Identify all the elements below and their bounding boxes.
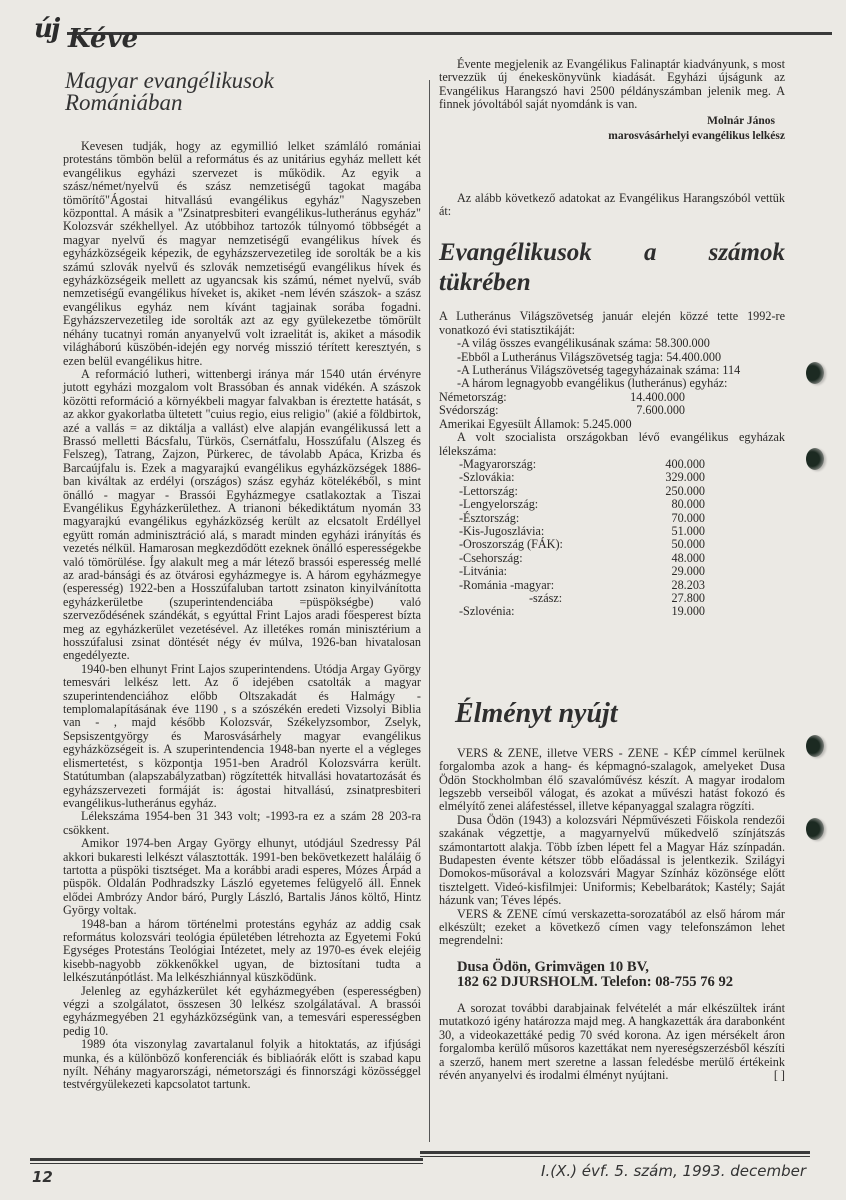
stat-label: -Litvánia:	[459, 565, 635, 578]
stat-item: -A Lutheránus Világszövetség tagegyházai…	[457, 364, 785, 377]
paragraph: 1940-ben elhunyt Frint Lajos szuperinten…	[63, 663, 421, 810]
stats-intro: A Lutheránus Világszövetség január elejé…	[439, 310, 785, 337]
footer-rule-left	[30, 1158, 423, 1164]
stat-item: -A három legnagyobb evangélikus (lutherá…	[457, 377, 785, 390]
stat-value: 28.203	[635, 579, 705, 592]
binder-hole-icon	[806, 448, 824, 470]
title-line-2: Romániában	[65, 92, 415, 114]
stats-block: A Lutheránus Világszövetség január elejé…	[439, 310, 785, 618]
title-line-1: Magyar evangélikusok	[65, 70, 415, 92]
socialist-country-list: -Magyarország:400.000 -Szlovákia:329.000…	[459, 458, 785, 619]
stat-label: -Magyarország:	[459, 458, 635, 471]
stat-row: -Oroszország (FÁK):50.000	[459, 538, 785, 551]
paragraph: Dusa Ödön (1943) a kolozsvári Népművésze…	[439, 814, 785, 908]
stat-label: -Észtország:	[459, 512, 635, 525]
address-line-1: Dusa Ödön, Grimvägen 10 BV,	[457, 960, 785, 975]
paragraph: 1948-ban a három történelmi protestáns e…	[63, 918, 421, 985]
stat-value: 19.000	[635, 605, 705, 618]
stat-value: 80.000	[635, 498, 705, 511]
stat-label: Németország:	[439, 391, 615, 404]
stat-item: -Ebből a Lutheránus Világszövetség tagja…	[457, 351, 785, 364]
page-number: 12	[32, 1168, 53, 1186]
stat-row: -Szlovénia:19.000	[459, 605, 785, 618]
issue-info: I.(X.) évf. 5. szám, 1993. december	[541, 1162, 806, 1180]
stat-label: -Kis-Jugoszlávia:	[459, 525, 635, 538]
masthead-prefix: új	[34, 14, 58, 44]
address-line-2: 182 62 DJURSHOLM. Telefon: 08-755 76 92	[457, 975, 785, 990]
stat-row: Svédország: 7.600.000	[439, 404, 785, 417]
paragraph: A reformáció lutheri, wittenbergi iránya…	[63, 368, 421, 663]
source-note: Az alább következő adatokat az Evangélik…	[439, 192, 785, 219]
experience-body: VERS & ZENE, illetve VERS - ZENE - KÉP c…	[439, 747, 785, 1083]
usa-line: Amerikai Egyesült Államok: 5.245.000	[439, 418, 785, 431]
stat-value: 329.000	[635, 471, 705, 484]
stat-row: -Litvánia:29.000	[459, 565, 785, 578]
stat-value: 250.000	[635, 485, 705, 498]
stat-label: -Lengyelország:	[459, 498, 635, 511]
stat-label: -Szlovákia:	[459, 471, 635, 484]
stat-value: 51.000	[635, 525, 705, 538]
stats-list: -A világ összes evangélikusának száma: 5…	[457, 337, 785, 391]
stat-item: -A világ összes evangélikusának száma: 5…	[457, 337, 785, 350]
left-article-body: Kevesen tudják, hogy az egymillió lelket…	[63, 140, 421, 1092]
paragraph: VERS & ZENE címú verskazetta-sorozatából…	[439, 908, 785, 948]
stat-label: -Csehország:	[459, 552, 635, 565]
stat-row: -Románia -magyar:28.203	[459, 579, 785, 592]
stat-value: 14.400.000	[615, 391, 685, 404]
paragraph: 1989 óta viszonylag zavartalanul folyik …	[63, 1038, 421, 1092]
stat-label: -Szlovénia:	[459, 605, 635, 618]
stat-label: -Oroszország (FÁK):	[459, 538, 635, 551]
footer-rule-right	[420, 1151, 810, 1157]
magazine-page: új Kéve Magyar evangélikusok Romániában …	[0, 0, 846, 1200]
stat-value: 70.000	[635, 512, 705, 525]
end-mark: [ ]	[756, 1069, 785, 1082]
order-address: Dusa Ödön, Grimvägen 10 BV, 182 62 DJURS…	[457, 960, 785, 990]
paragraph: Kevesen tudják, hogy az egymillió lelket…	[63, 140, 421, 368]
stat-row: -Magyarország:400.000	[459, 458, 785, 471]
intro-paragraph: Évente megjelenik az Evangélikus Falinap…	[439, 58, 785, 112]
stat-row: -Lettország:250.000	[459, 485, 785, 498]
stat-value: 50.000	[635, 538, 705, 551]
closing-paragraph: A sorozat további darabjainak felvételét…	[439, 1002, 785, 1082]
socialist-intro: A volt szocialista országokban lévő evan…	[439, 431, 785, 458]
stat-value: 7.600.000	[615, 404, 685, 417]
experience-section-title: Élményt nyújt	[439, 699, 785, 729]
stat-row: -Észtország:70.000	[459, 512, 785, 525]
stat-label: Svédország:	[439, 404, 615, 417]
stat-value: 27.800	[635, 592, 705, 605]
stat-label: -Románia -magyar:	[459, 579, 635, 592]
binder-hole-icon	[806, 818, 824, 840]
stat-value: 29.000	[635, 565, 705, 578]
stat-row: -Szlovákia:329.000	[459, 471, 785, 484]
signature-name: Molnár János	[439, 114, 785, 129]
stat-row: -Lengyelország:80.000	[459, 498, 785, 511]
signature: Molnár János marosvásárhelyi evangélikus…	[439, 114, 785, 144]
masthead-rule	[67, 32, 832, 35]
stat-value: 400.000	[635, 458, 705, 471]
stat-label: -Lettország:	[459, 485, 635, 498]
paragraph: Lélekszáma 1954-ben 31 343 volt; -1993-r…	[63, 810, 421, 837]
stat-row: -Kis-Jugoszlávia:51.000	[459, 525, 785, 538]
paragraph: Amikor 1974-ben Argay György elhunyt, ut…	[63, 837, 421, 917]
largest-churches: Németország: 14.400.000 Svédország: 7.60…	[439, 391, 785, 431]
stat-row: -szász:27.800	[459, 592, 785, 605]
right-column: Évente megjelenik az Evangélikus Falinap…	[439, 58, 785, 1082]
paragraph: Jelenleg az egyházkerület két egyházmegy…	[63, 985, 421, 1039]
masthead-title: Kéve	[68, 24, 138, 54]
binder-hole-icon	[806, 735, 824, 757]
column-divider	[429, 80, 430, 1142]
left-article-title: Magyar evangélikusok Romániában	[65, 70, 415, 114]
stat-row: -Csehország:48.000	[459, 552, 785, 565]
binder-hole-icon	[806, 362, 824, 384]
stat-row: Németország: 14.400.000	[439, 391, 785, 404]
stat-label: -szász:	[459, 592, 635, 605]
paragraph: VERS & ZENE, illetve VERS - ZENE - KÉP c…	[439, 747, 785, 814]
closing-text: A sorozat további darabjainak felvételét…	[439, 1001, 785, 1082]
stats-section-title: Evangélikusok a számok tükrében	[439, 238, 785, 298]
stat-value: 48.000	[635, 552, 705, 565]
signature-role: marosvásárhelyi evangélikus lelkész	[439, 129, 785, 144]
